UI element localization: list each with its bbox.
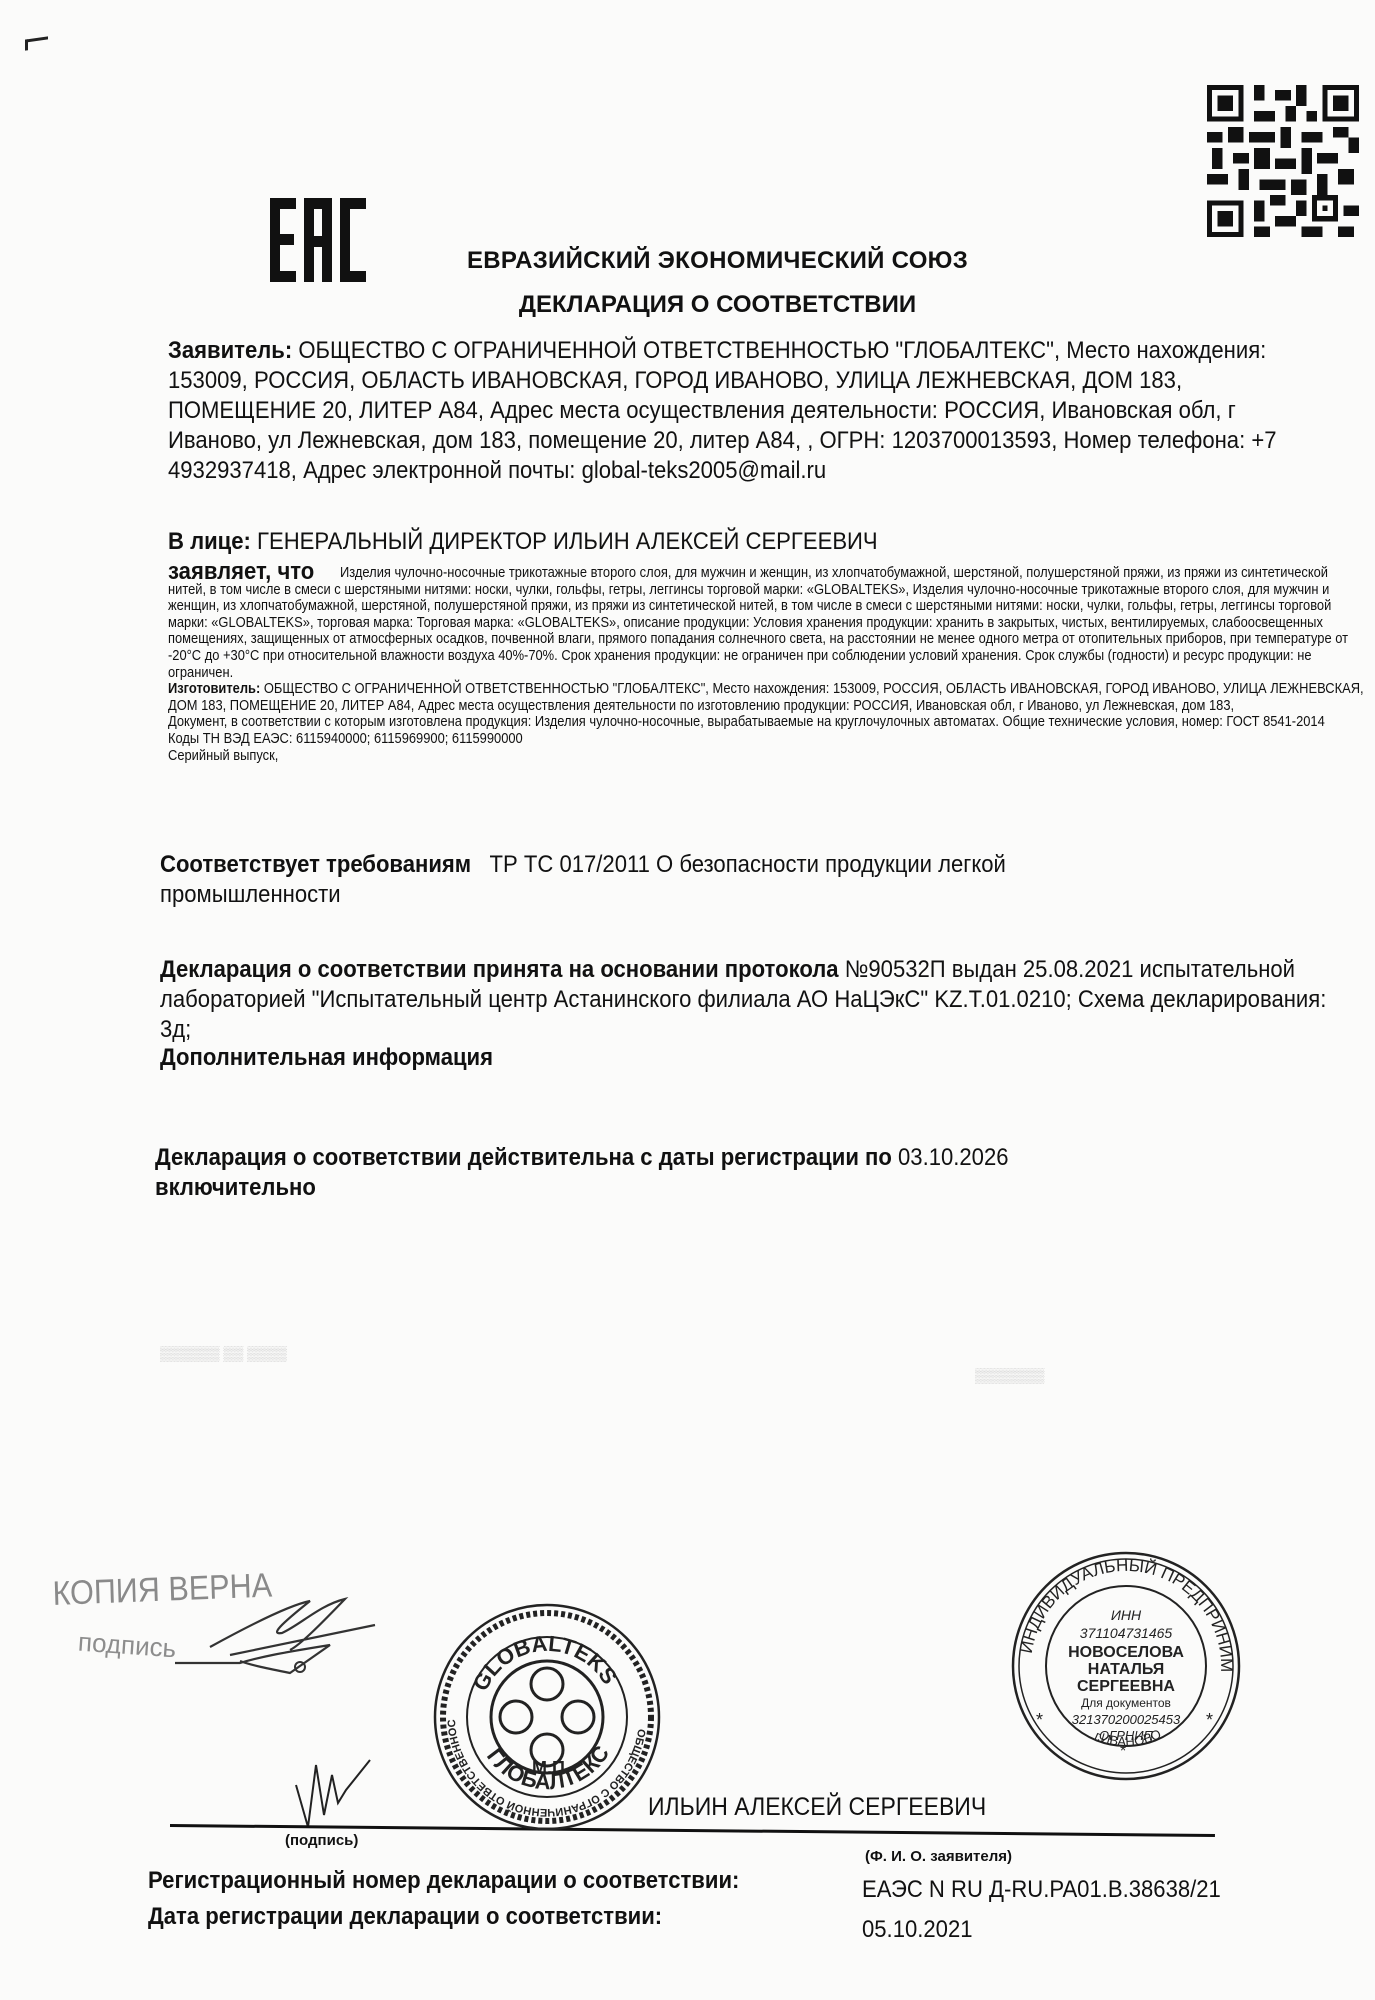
conformity-block: Соответствует требованиям ТР ТС 017/2011… <box>160 850 1117 910</box>
signer-name: ИЛЬИН АЛЕКСЕЙ СЕРГЕЕВИЧ <box>648 1793 986 1822</box>
document-title: ДЕКЛАРАЦИЯ О СООТВЕТСТВИИ <box>0 291 1375 319</box>
ip-ogrnip: 321370200025453 <box>1072 1712 1181 1727</box>
declaration-details: Изделия чулочно-носочные трикотажные вто… <box>168 565 1368 764</box>
standard-document: Документ, в соответствии с которым изгот… <box>168 714 1368 731</box>
registration-date-label: Дата регистрации декларации о соответств… <box>148 1903 662 1931</box>
validity-label: Декларация о соответствии действительна … <box>155 1144 892 1171</box>
manufacturer-text: ОБЩЕСТВО С ОГРАНИЧЕННОЙ ОТВЕТСТВЕННОСТЬЮ… <box>168 680 1364 714</box>
applicant-signature-icon <box>290 1745 390 1830</box>
svg-text:GLOBALTEKS: GLOBALTEKS <box>468 1631 623 1695</box>
basis-block: Декларация о соответствии принята на осн… <box>160 955 1356 1045</box>
signature-caption: (подпись) <box>285 1832 358 1849</box>
applicant-label: Заявитель: <box>168 337 292 364</box>
entrepreneur-seal-icon: ИНДИВИДУАЛЬНЫЙ ПРЕДПРИНИМАТЕЛЬ г.ИВАНОВО… <box>1010 1550 1242 1782</box>
basis-label: Декларация о соответствии принята на осн… <box>160 956 839 983</box>
registration-number-label: Регистрационный номер декларации о соотв… <box>148 1867 739 1895</box>
manufacturer-label: Изготовитель: <box>168 680 260 697</box>
ip-inn: 371104731465 <box>1080 1625 1173 1641</box>
star-icon: * <box>1206 1710 1213 1730</box>
ip-name-2: НАТАЛЬЯ <box>1088 1661 1164 1678</box>
representative-label: В лице: <box>168 528 251 555</box>
registration-date: 05.10.2021 <box>862 1916 973 1944</box>
ip-purpose: Для документов <box>1081 1696 1171 1710</box>
star-icon: * <box>1120 1743 1126 1760</box>
ip-name-3: СЕРГЕЕВНА <box>1077 1678 1175 1695</box>
faint-artifact: ▒▒▒▒▒▒ ▒▒ ▒▒▒▒ <box>160 1345 287 1361</box>
serial-release: Серийный выпуск, <box>168 748 1368 765</box>
ip-inn-label: ИНН <box>1111 1607 1142 1623</box>
copy-signature-icon <box>170 1595 380 1685</box>
product-description: Изделия чулочно-носочные трикотажные вто… <box>168 565 1368 681</box>
conformity-label: Соответствует требованиям <box>160 851 471 878</box>
union-title: ЕВРАЗИЙСКИЙ ЭКОНОМИЧЕСКИЙ СОЮЗ <box>0 247 1375 275</box>
registration-number: ЕАЭС N RU Д-RU.PA01.B.38638/21 <box>862 1876 1221 1904</box>
applicant-text: ОБЩЕСТВО С ОГРАНИЧЕННОЙ ОТВЕТСТВЕННОСТЬЮ… <box>168 337 1277 484</box>
representative-text: ГЕНЕРАЛЬНЫЙ ДИРЕКТОР ИЛЬИН АЛЕКСЕЙ СЕРГЕ… <box>257 528 878 555</box>
faint-artifact: ▒▒▒▒▒▒▒ <box>975 1367 1044 1383</box>
copy-sign-label: подпись <box>77 1627 177 1665</box>
seal-top-text: GLOBALTEKS <box>468 1631 623 1695</box>
qr-code-icon[interactable] <box>1207 85 1359 237</box>
applicant-block: Заявитель: ОБЩЕСТВО С ОГРАНИЧЕННОЙ ОТВЕТ… <box>168 336 1309 486</box>
additional-info-heading: Дополнительная информация <box>160 1043 493 1073</box>
ip-name-1: НОВОСЕЛОВА <box>1068 1644 1184 1661</box>
validity-block: Декларация о соответствии действительна … <box>155 1143 1259 1203</box>
ip-ogrnip-label: ОГРНИП <box>1099 1728 1154 1743</box>
seal-mp-mark: М.П. <box>532 1758 570 1778</box>
name-caption: (Ф. И. О. заявителя) <box>865 1848 1012 1865</box>
validity-date: 03.10.2026 <box>898 1144 1009 1171</box>
representative-line: В лице: ГЕНЕРАЛЬНЫЙ ДИРЕКТОР ИЛЬИН АЛЕКС… <box>168 527 1272 557</box>
scan-corner-mark <box>25 36 48 50</box>
tn-ved-codes: Коды ТН ВЭД ЕАЭС: 6115940000; 6115969900… <box>168 731 1368 748</box>
company-seal-icon: ОБЩЕСТВО С ОГРАНИЧЕННОЙ ОТВЕТСТВЕННОСТЬЮ… <box>432 1602 662 1832</box>
star-icon: * <box>1036 1710 1043 1730</box>
validity-tail: включительно <box>155 1174 316 1201</box>
